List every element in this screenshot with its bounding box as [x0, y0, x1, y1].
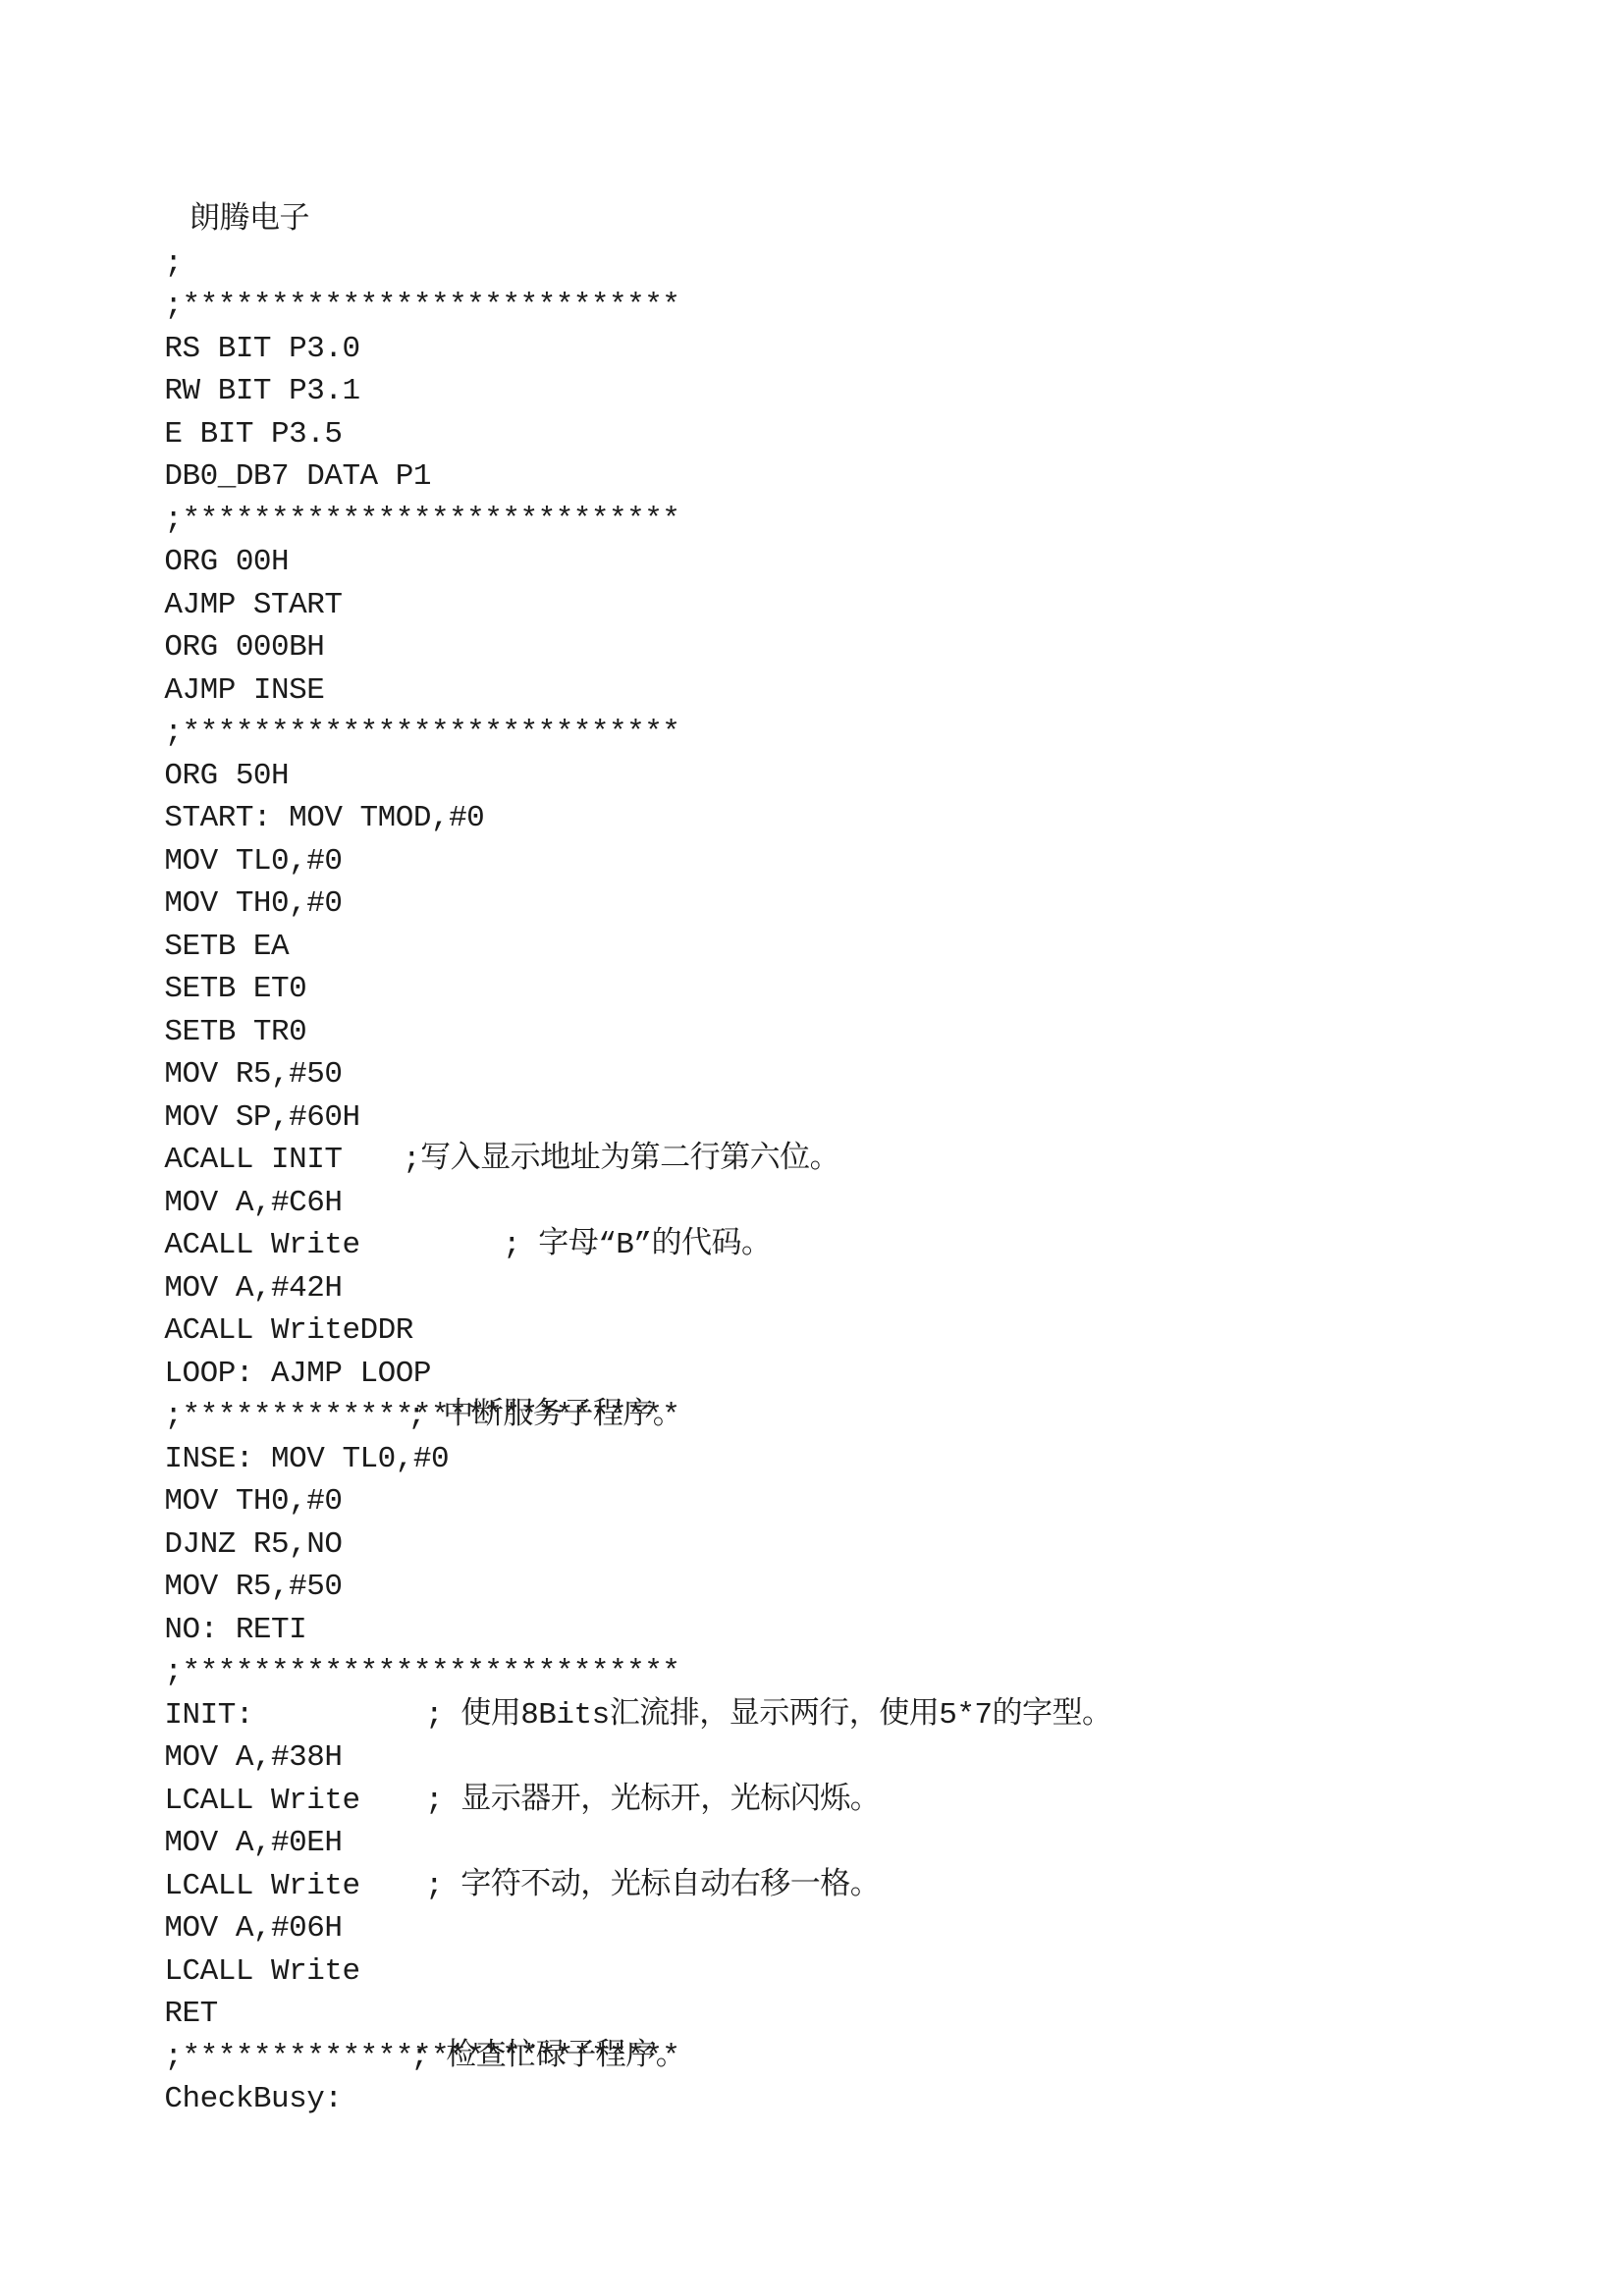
code-line: ACALL WriteDDR	[93, 1267, 1537, 1310]
code-line: ORG 50H	[93, 712, 1537, 755]
comment-text: ; 显示器开，光标开，光标闪烁。	[425, 1780, 880, 1823]
code-line: MOV R5,#50	[93, 1523, 1537, 1567]
code-line: ; 朗腾电子	[93, 199, 1537, 242]
code-line: MOV SP,#60H	[93, 1053, 1537, 1096]
comment-text: ; 中断服务子程序。	[407, 1395, 682, 1438]
code-line: LCALL Write	[93, 1907, 1537, 1950]
code-line: LCALL Write	[93, 1822, 1537, 1865]
code-line: ORG 000BH	[93, 584, 1537, 627]
code-line: MOV A,#42H ; 字母“B”的代码。	[93, 1224, 1537, 1267]
code-line: DJNZ R5,NO	[93, 1480, 1537, 1523]
code-line: ACALL Write	[93, 1182, 1537, 1225]
comment-text: ;写入显示地址为第二行第六位。	[403, 1139, 839, 1182]
code-line: INSE: MOV TL0,#0 ; 中断服务子程序。	[93, 1395, 1537, 1438]
code-line: RS BIT P3.0	[93, 285, 1537, 328]
code-line: MOV TH0,#0	[93, 840, 1537, 883]
comment-text: ; 字符不动，光标自动右移一格。	[425, 1865, 880, 1908]
code-line: E BIT P3.5	[93, 370, 1537, 413]
comment-text: ; 字母“B”的代码。	[503, 1224, 772, 1267]
code-line: RW BIT P3.1	[93, 328, 1537, 371]
code-line: CheckBusy: ; 检查忙碌子程序。	[93, 2036, 1537, 2079]
code-line: START: MOV TMOD,#0	[93, 755, 1537, 798]
code-line: SETB EA	[93, 882, 1537, 926]
code-line: MOV A,#06H ; 字符不动，光标自动右移一格。	[93, 1865, 1537, 1908]
code-line: ACALL INIT	[93, 1096, 1537, 1140]
code-line: MOV TL0,#0	[93, 797, 1537, 840]
code-line: ;****************************	[93, 1993, 1537, 2036]
code-line: ;****************************	[93, 455, 1537, 499]
code-listing: ; 朗腾电子 ;**************************** RS …	[93, 199, 1537, 2078]
code-line: MOV A,#38H ; 使用8Bits汇流排，显示两行，使用5*7的字型。	[93, 1694, 1537, 1737]
scanned-code-page: ; 朗腾电子 ;**************************** RS …	[0, 0, 1623, 2296]
code-line: SETB TR0	[93, 968, 1537, 1011]
code-line: MOV TH0,#0	[93, 1438, 1537, 1481]
code-line: ;****************************	[93, 669, 1537, 713]
code-line: SETB ET0	[93, 926, 1537, 969]
code-line: AJMP START	[93, 541, 1537, 584]
code-line: NO: RETI	[93, 1566, 1537, 1609]
code-line: LCALL Write	[93, 1736, 1537, 1780]
comment-text: 朗腾电子	[189, 199, 309, 242]
code-line: RET	[93, 1950, 1537, 1994]
code-line: ;****************************	[93, 242, 1537, 286]
code-line: ORG 00H	[93, 499, 1537, 542]
code-line: ;****************************	[93, 1353, 1537, 1396]
code-line: DB0_DB7 DATA P1	[93, 413, 1537, 456]
code-line: MOV A,#0EH ; 显示器开，光标开，光标闪烁。	[93, 1780, 1537, 1823]
code-line: MOV R5,#50	[93, 1011, 1537, 1054]
code-line: MOV A,#C6H ;写入显示地址为第二行第六位。	[93, 1139, 1537, 1182]
comment-text: ; 检查忙碌子程序。	[410, 2036, 685, 2079]
code-text: CheckBusy:	[164, 2078, 342, 2121]
code-line: AJMP INSE	[93, 626, 1537, 669]
comment-text: ; 使用8Bits汇流排，显示两行，使用5*7的字型。	[425, 1694, 1112, 1737]
code-line: INIT:	[93, 1651, 1537, 1694]
code-line: LOOP: AJMP LOOP	[93, 1309, 1537, 1353]
code-line: ;****************************	[93, 1609, 1537, 1652]
